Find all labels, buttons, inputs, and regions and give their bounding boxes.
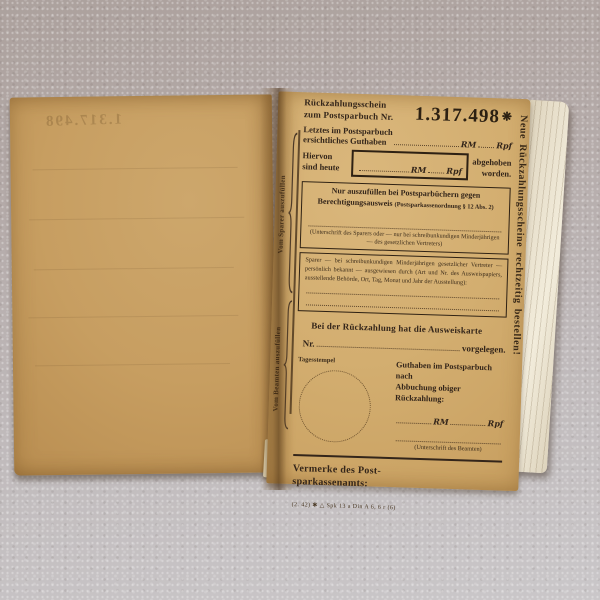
authorization-box: Nur auszufüllen bei Postsparbüchern gege…: [300, 182, 511, 255]
withdrawal-result-line2: worden.: [472, 167, 512, 179]
day-stamp-area: Tagesstempel: [293, 356, 396, 449]
day-stamp-circle: [298, 369, 372, 443]
rpf-label: Rpf: [446, 166, 462, 176]
identification-box: Sparer — bei schreibunkundigen Minderjäh…: [298, 252, 509, 318]
withdrawal-label: Hiervon sind heute: [302, 149, 348, 177]
bleed-through-line: [33, 167, 238, 171]
rm-label: RM: [461, 140, 477, 150]
card-check-suffix: vorgelegen.: [462, 344, 506, 355]
withdrawal-row: Hiervon sind heute RM Rpf: [302, 149, 512, 183]
card-check-line: Bei der Rückzahlung hat die Ausweiskarte: [297, 320, 506, 337]
card-number-dotted-line: [317, 341, 460, 351]
rpf-label: Rpf: [488, 418, 504, 428]
day-stamp-label: Tagesstempel: [298, 356, 396, 366]
remaining-balance-heading: Guthaben im Postsparbuch nach Abbuchung …: [395, 360, 505, 408]
bleed-through-line: [29, 217, 244, 221]
withdrawal-result-label: abgehoben worden.: [472, 154, 512, 182]
book-number-value: 1.317.498: [415, 104, 501, 128]
authorization-heading-note: (Postsparkassenordnung § 12 Abs. 2): [394, 201, 493, 211]
rueckzahlungsschein-page: Neue Rückzahlungsscheine rechtzeitig bes…: [266, 91, 530, 491]
form-title: Rückzahlungsschein zum Postsparbuch Nr.: [304, 97, 394, 123]
bleed-through-number: 1.317.498: [44, 112, 122, 131]
withdrawal-result-line1: abgehoben: [472, 157, 512, 169]
postsparbuch-open-book: 1.317.498 Neue Rückzahlungsscheine recht…: [4, 84, 560, 496]
form-main-column: Rückzahlungsschein zum Postsparbuch Nr. …: [292, 97, 513, 486]
card-number-label: Nr.: [303, 339, 315, 349]
withdrawal-pfennig-dotted-line: [428, 167, 444, 173]
form-title-line2: zum Postsparbuch Nr.: [304, 109, 394, 122]
rueckzahlungsschein-form: Neue Rückzahlungsscheine rechtzeitig bes…: [266, 91, 530, 491]
bleed-through-line: [28, 315, 238, 319]
bleed-through-line: [35, 363, 230, 366]
left-page: 1.317.498: [10, 94, 277, 475]
official-signature-caption: (Unterschrift des Beamten): [393, 443, 502, 453]
withdrawal-amount-dotted-line: [360, 165, 409, 173]
asterisk-ornament-icon: ❋: [502, 109, 513, 123]
rpf-label: Rpf: [496, 141, 512, 151]
book-number: 1.317.498❋: [396, 103, 513, 129]
last-balance-label-line2: ersichtliches Guthaben: [303, 134, 393, 147]
remaining-balance-area: Guthaben im Postsparbuch nach Abbuchung …: [393, 360, 505, 454]
form-print-code: (2. 42) ✱ △ Spk 13 a Din A 6, 6 r (6): [292, 501, 501, 515]
form-bottom-rule: [293, 454, 502, 463]
remaining-balance-line2: Abbuchung obiger Rückzahlung:: [395, 383, 461, 405]
remaining-balance-amount-row: RM Rpf: [394, 415, 503, 428]
last-balance-row: Letztes im Postsparbuch ersichtliches Gu…: [303, 124, 513, 151]
card-number-row: Nr. vorgelegen.: [297, 338, 506, 355]
withdrawal-amount-line: RM Rpf: [357, 163, 462, 176]
balance-pfennig-dotted-line: [478, 142, 494, 148]
balance-amount-dotted-line: [394, 139, 459, 147]
last-balance-label: Letztes im Postsparbuch ersichtliches Gu…: [303, 124, 393, 147]
form-header: Rückzahlungsschein zum Postsparbuch Nr. …: [304, 97, 514, 129]
remaining-amount-dotted-line: [396, 417, 431, 424]
form-title-line1: Rückzahlungsschein: [304, 97, 386, 110]
photo-scene: 1.317.498 Neue Rückzahlungsscheine recht…: [0, 0, 600, 600]
withdrawal-label-line2: sind heute: [302, 161, 348, 173]
remaining-balance-line1: Guthaben im Postsparbuch nach: [396, 361, 493, 382]
remarks-heading: Vermerke des Post- sparkassenamts:: [292, 462, 502, 495]
official-signature-area: (Unterschrift des Beamten): [393, 440, 502, 453]
rm-label: RM: [433, 416, 449, 426]
official-section: Tagesstempel Guthaben im Postsparbuch na…: [293, 356, 505, 453]
bleed-through-line: [34, 267, 234, 270]
rm-label: RM: [411, 165, 427, 175]
saver-signature-caption: (Unterschrift des Sparers oder — nur bei…: [306, 228, 503, 250]
withdrawal-amount-box: RM Rpf: [351, 150, 468, 181]
remaining-pfennig-dotted-line: [451, 418, 486, 425]
